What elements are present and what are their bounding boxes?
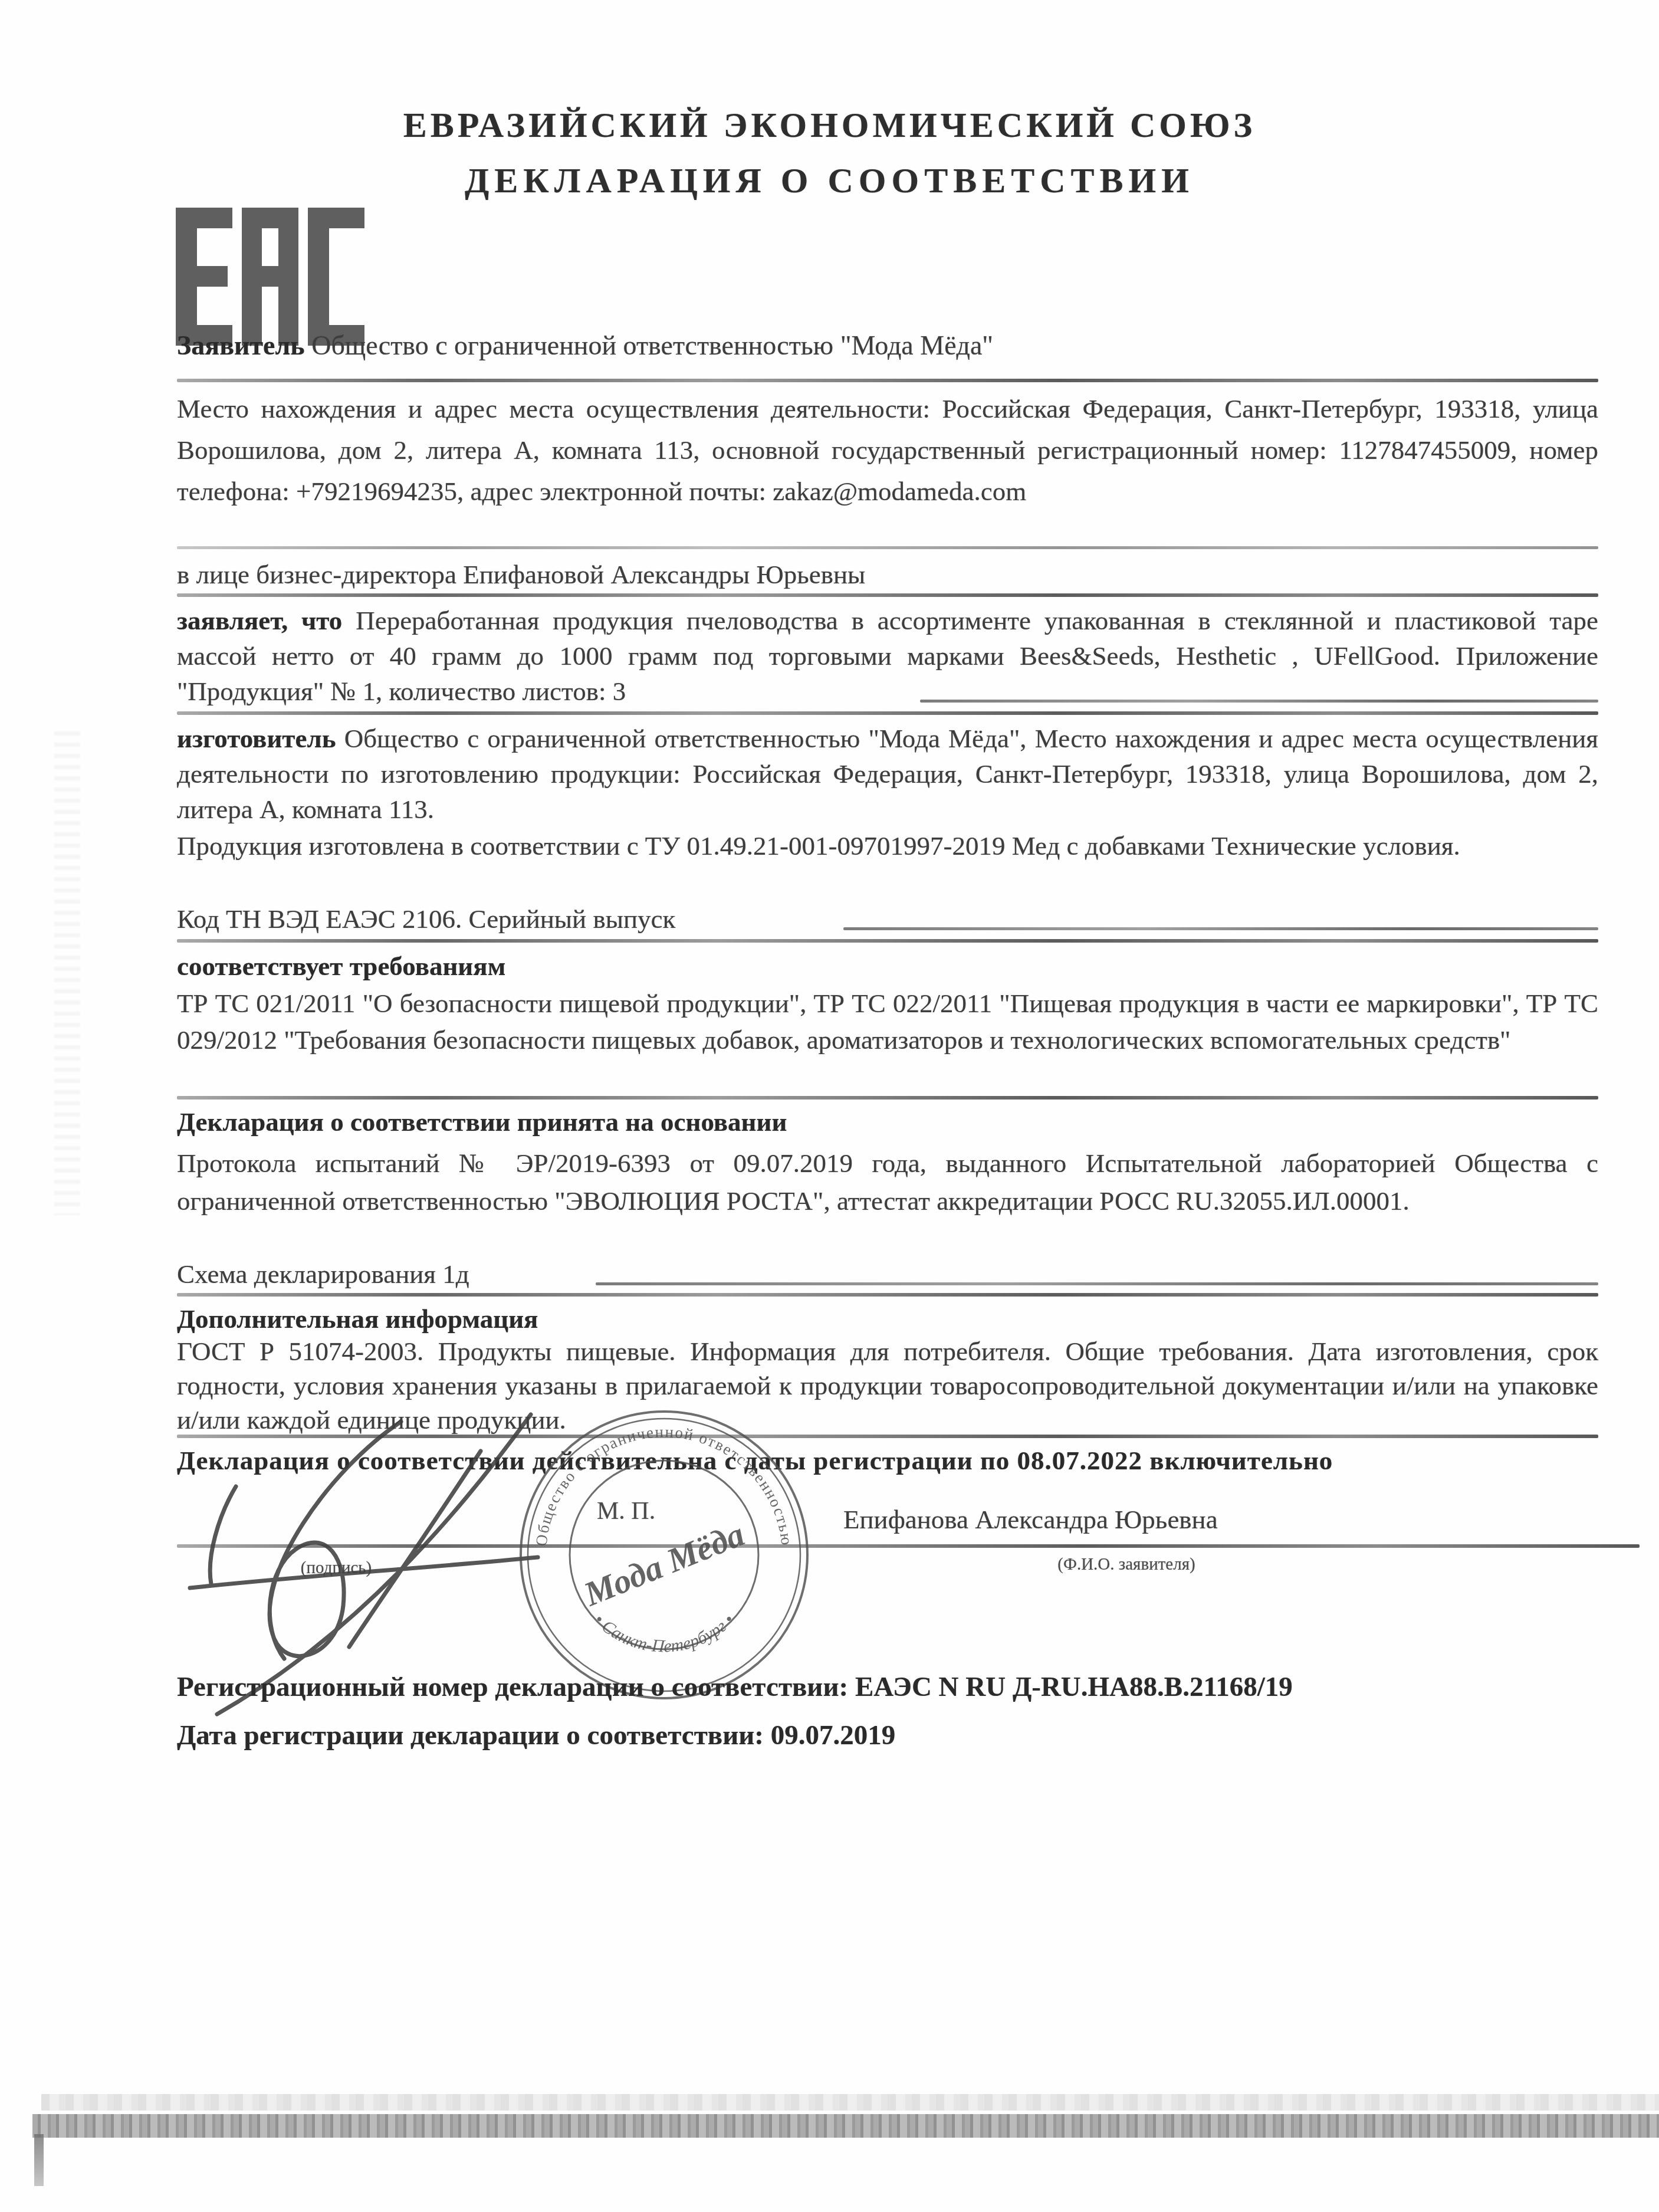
scan-artifact-tick [34, 2134, 44, 2186]
svg-text:Общество с ограниченной ответс: Общество с ограниченной ответственностью [532, 1423, 796, 1547]
registration-date-line: Дата регистрации декларации о соответств… [177, 1718, 1598, 1753]
additional-label: Дополнительная информация [177, 1301, 1598, 1337]
declares-paragraph: заявляет, что Переработанная продукция п… [177, 603, 1598, 709]
applicant-label: Заявитель [177, 330, 305, 360]
stamp-ring-bottom-text: • Санкт-Петербург • [590, 1610, 738, 1656]
tnved-line: Код ТН ВЭД ЕАЭС 2106. Серийный выпуск [177, 901, 1598, 937]
svg-text:• Санкт-Петербург •: • Санкт-Петербург • [590, 1610, 738, 1656]
registration-number-value: ЕАЭС N RU Д-RU.НА88.В.21168/19 [855, 1672, 1293, 1702]
registration-date-value: 09.07.2019 [771, 1720, 896, 1751]
production-line: Продукция изготовлена в соответствии с Т… [177, 828, 1598, 864]
divider [177, 379, 1598, 382]
divider [177, 939, 1598, 943]
stamp-center-text: Мода Мёда [578, 1515, 750, 1614]
applicant-line: Заявитель Общество с ограниченной ответс… [177, 328, 1598, 363]
regulations-paragraph: ТР ТС 021/2011 "О безопасности пищевой п… [177, 985, 1598, 1058]
basis-label: Декларация о соответствии принята на осн… [177, 1104, 1598, 1140]
stamp-ring-top-text: Общество с ограниченной ответственностью [532, 1423, 796, 1547]
divider [177, 1096, 1598, 1100]
applicant-value: Общество с ограниченной ответственностью… [311, 330, 993, 360]
signer-name: Епифанова Александра Юрьевна [843, 1504, 1218, 1535]
manufacturer-paragraph: изготовитель Общество с ограниченной отв… [177, 721, 1598, 827]
registration-number-line: Регистрационный номер декларации о соотв… [177, 1669, 1598, 1705]
declaration-document: ЕВРАЗИЙСКИЙ ЭКОНОМИЧЕСКИЙ СОЮЗ ДЕКЛАРАЦИ… [0, 0, 1659, 2212]
manufacturer-value: Общество с ограниченной ответственностью… [177, 724, 1598, 824]
declares-value: Переработанная продукция пчеловодства в … [177, 606, 1598, 706]
declares-label: заявляет, что [177, 606, 342, 635]
eac-logo [176, 208, 364, 346]
registration-number-label: Регистрационный номер декларации о соотв… [177, 1672, 848, 1702]
company-stamp: Общество с ограниченной ответственностью… [517, 1407, 812, 1702]
basis-paragraph: Протокола испытаний № ЭР/2019-6393 от 09… [177, 1144, 1598, 1220]
name-caption: (Ф.И.О. заявителя) [991, 1555, 1262, 1574]
scan-artifact-band [32, 2114, 1659, 2138]
divider [177, 711, 1598, 715]
divider [843, 927, 1598, 930]
union-title: ЕВРАЗИЙСКИЙ ЭКОНОМИЧЕСКИЙ СОЮЗ [0, 105, 1659, 146]
conforms-label: соответствует требованиям [177, 949, 1598, 984]
divider [177, 1293, 1598, 1297]
representative-line: в лице бизнес-директора Епифановой Алекс… [177, 557, 1598, 592]
divider [920, 700, 1598, 703]
registration-date-label: Дата регистрации декларации о соответств… [177, 1720, 764, 1751]
divider [177, 546, 1598, 549]
manufacturer-label: изготовитель [177, 724, 336, 753]
divider [177, 593, 1598, 597]
scan-artifact-band-faint [41, 2094, 1659, 2111]
scan-noise-column [54, 731, 80, 1215]
document-title: ДЕКЛАРАЦИЯ О СООТВЕТСТВИИ [0, 160, 1659, 201]
scheme-line: Схема декларирования 1д [177, 1256, 1598, 1292]
divider [596, 1282, 1598, 1285]
address-paragraph: Место нахождения и адрес места осуществл… [177, 388, 1598, 512]
